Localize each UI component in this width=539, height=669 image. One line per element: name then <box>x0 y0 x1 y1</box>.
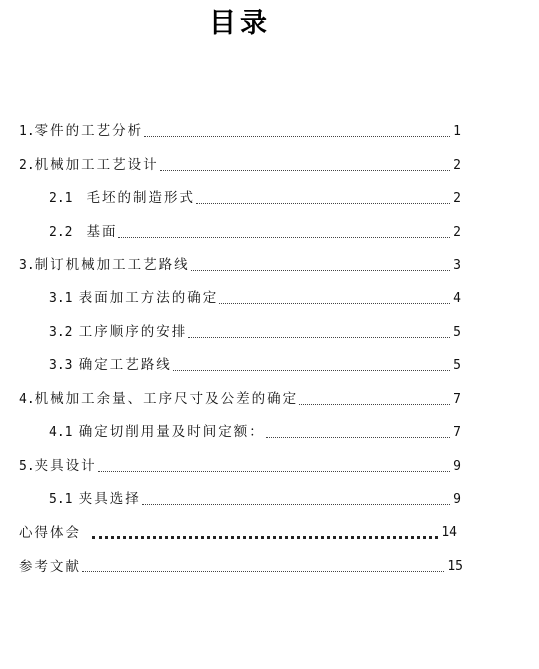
toc-entry-number: 3.3 <box>49 358 72 373</box>
toc-entry-number: 2.2 <box>49 225 72 240</box>
toc-entry-text: 夹具设计 <box>35 458 97 474</box>
toc-entry-number: 4.1 <box>49 425 72 440</box>
toc-entry-text: 确定工艺路线 <box>79 357 172 373</box>
toc-entry-number: 3.2 <box>49 325 72 340</box>
toc-entry-text: 表面加工方法的确定 <box>79 290 219 306</box>
dot-leader <box>188 337 450 338</box>
toc-entry-number: 2. <box>19 158 35 173</box>
toc-entry-page: 2 <box>450 223 461 243</box>
toc-entry-number: 4. <box>19 392 35 407</box>
toc-entry-text: 机械加工工艺设计 <box>35 157 159 173</box>
dot-leader <box>144 136 450 137</box>
page-title: 目录 <box>0 6 480 42</box>
toc-entry[interactable]: 4.机械加工余量、工序尺寸及公差的确定 7 <box>19 390 461 410</box>
toc-entry[interactable]: 2.2基面 2 <box>49 223 461 243</box>
toc-entry[interactable]: 4.1 确定切削用量及时间定额： 7 <box>49 423 461 443</box>
toc-entry-page: 7 <box>450 390 461 410</box>
toc-entry[interactable]: 参考文献 15 <box>19 557 463 577</box>
toc-entry-number: 3.1 <box>49 291 72 306</box>
toc-entry[interactable]: 3.1 表面加工方法的确定 4 <box>49 289 461 309</box>
toc-entry-number: 3. <box>19 258 35 273</box>
dot-leader <box>219 303 450 304</box>
toc-entry[interactable]: 5.夹具设计 9 <box>19 457 461 477</box>
toc-entry[interactable]: 3.制订机械加工工艺路线 3 <box>19 256 461 276</box>
toc-entry-page: 3 <box>450 256 461 276</box>
dot-leader <box>82 571 444 572</box>
toc-entry[interactable]: 3.2 工序顺序的安排 5 <box>49 323 461 343</box>
dot-leader <box>173 370 450 371</box>
toc-entry[interactable]: 心得体会 14 <box>19 523 457 543</box>
toc-entry-text: 基面 <box>86 224 117 240</box>
toc-entry-text: 确定切削用量及时间定额： <box>79 424 265 440</box>
toc-entry-number: 5. <box>19 459 35 474</box>
toc-entry-page: 4 <box>450 289 461 309</box>
toc-entry-text: 机械加工余量、工序尺寸及公差的确定 <box>35 391 299 407</box>
dot-leader <box>160 170 451 171</box>
toc-entry-page: 2 <box>450 156 461 176</box>
toc-entry-page: 5 <box>450 323 461 343</box>
dot-leader <box>191 270 451 271</box>
toc-entry-text: 心得体会 <box>19 525 81 541</box>
toc-entry-page: 14 <box>438 523 457 543</box>
dot-leader <box>92 536 438 539</box>
toc-entry-text: 毛坯的制造形式 <box>86 190 195 206</box>
toc-entry-number: 1. <box>19 124 35 139</box>
dot-leader <box>266 437 450 438</box>
dot-leader <box>299 404 450 405</box>
toc-entry-text: 工序顺序的安排 <box>79 324 188 340</box>
toc-entry-page: 2 <box>450 189 461 209</box>
toc-entry-page: 7 <box>450 423 461 443</box>
dot-leader <box>196 203 450 204</box>
toc-entry[interactable]: 2.机械加工工艺设计 2 <box>19 156 461 176</box>
toc-entry-text: 夹具选择 <box>79 491 141 507</box>
toc-entry-page: 9 <box>450 490 461 510</box>
toc-entry-text: 参考文献 <box>19 559 81 575</box>
toc-entry-page: 5 <box>450 356 461 376</box>
toc-entry-number: 5.1 <box>49 492 72 507</box>
toc-entry[interactable]: 2.1毛坯的制造形式 2 <box>49 189 461 209</box>
dot-leader <box>118 237 450 238</box>
toc-entry-page: 15 <box>444 557 463 577</box>
toc-entry-text: 制订机械加工工艺路线 <box>35 257 190 273</box>
dot-leader <box>142 504 450 505</box>
toc-entry-page: 1 <box>450 122 461 142</box>
toc-entry-number: 2.1 <box>49 191 72 206</box>
toc-entry[interactable]: 1.零件的工艺分析 1 <box>19 122 461 142</box>
toc-entry-text: 零件的工艺分析 <box>35 123 144 139</box>
toc-entry[interactable]: 3.3 确定工艺路线 5 <box>49 356 461 376</box>
toc-entry-page: 9 <box>450 457 461 477</box>
dot-leader <box>98 471 451 472</box>
toc-entry[interactable]: 5.1 夹具选择 9 <box>49 490 461 510</box>
